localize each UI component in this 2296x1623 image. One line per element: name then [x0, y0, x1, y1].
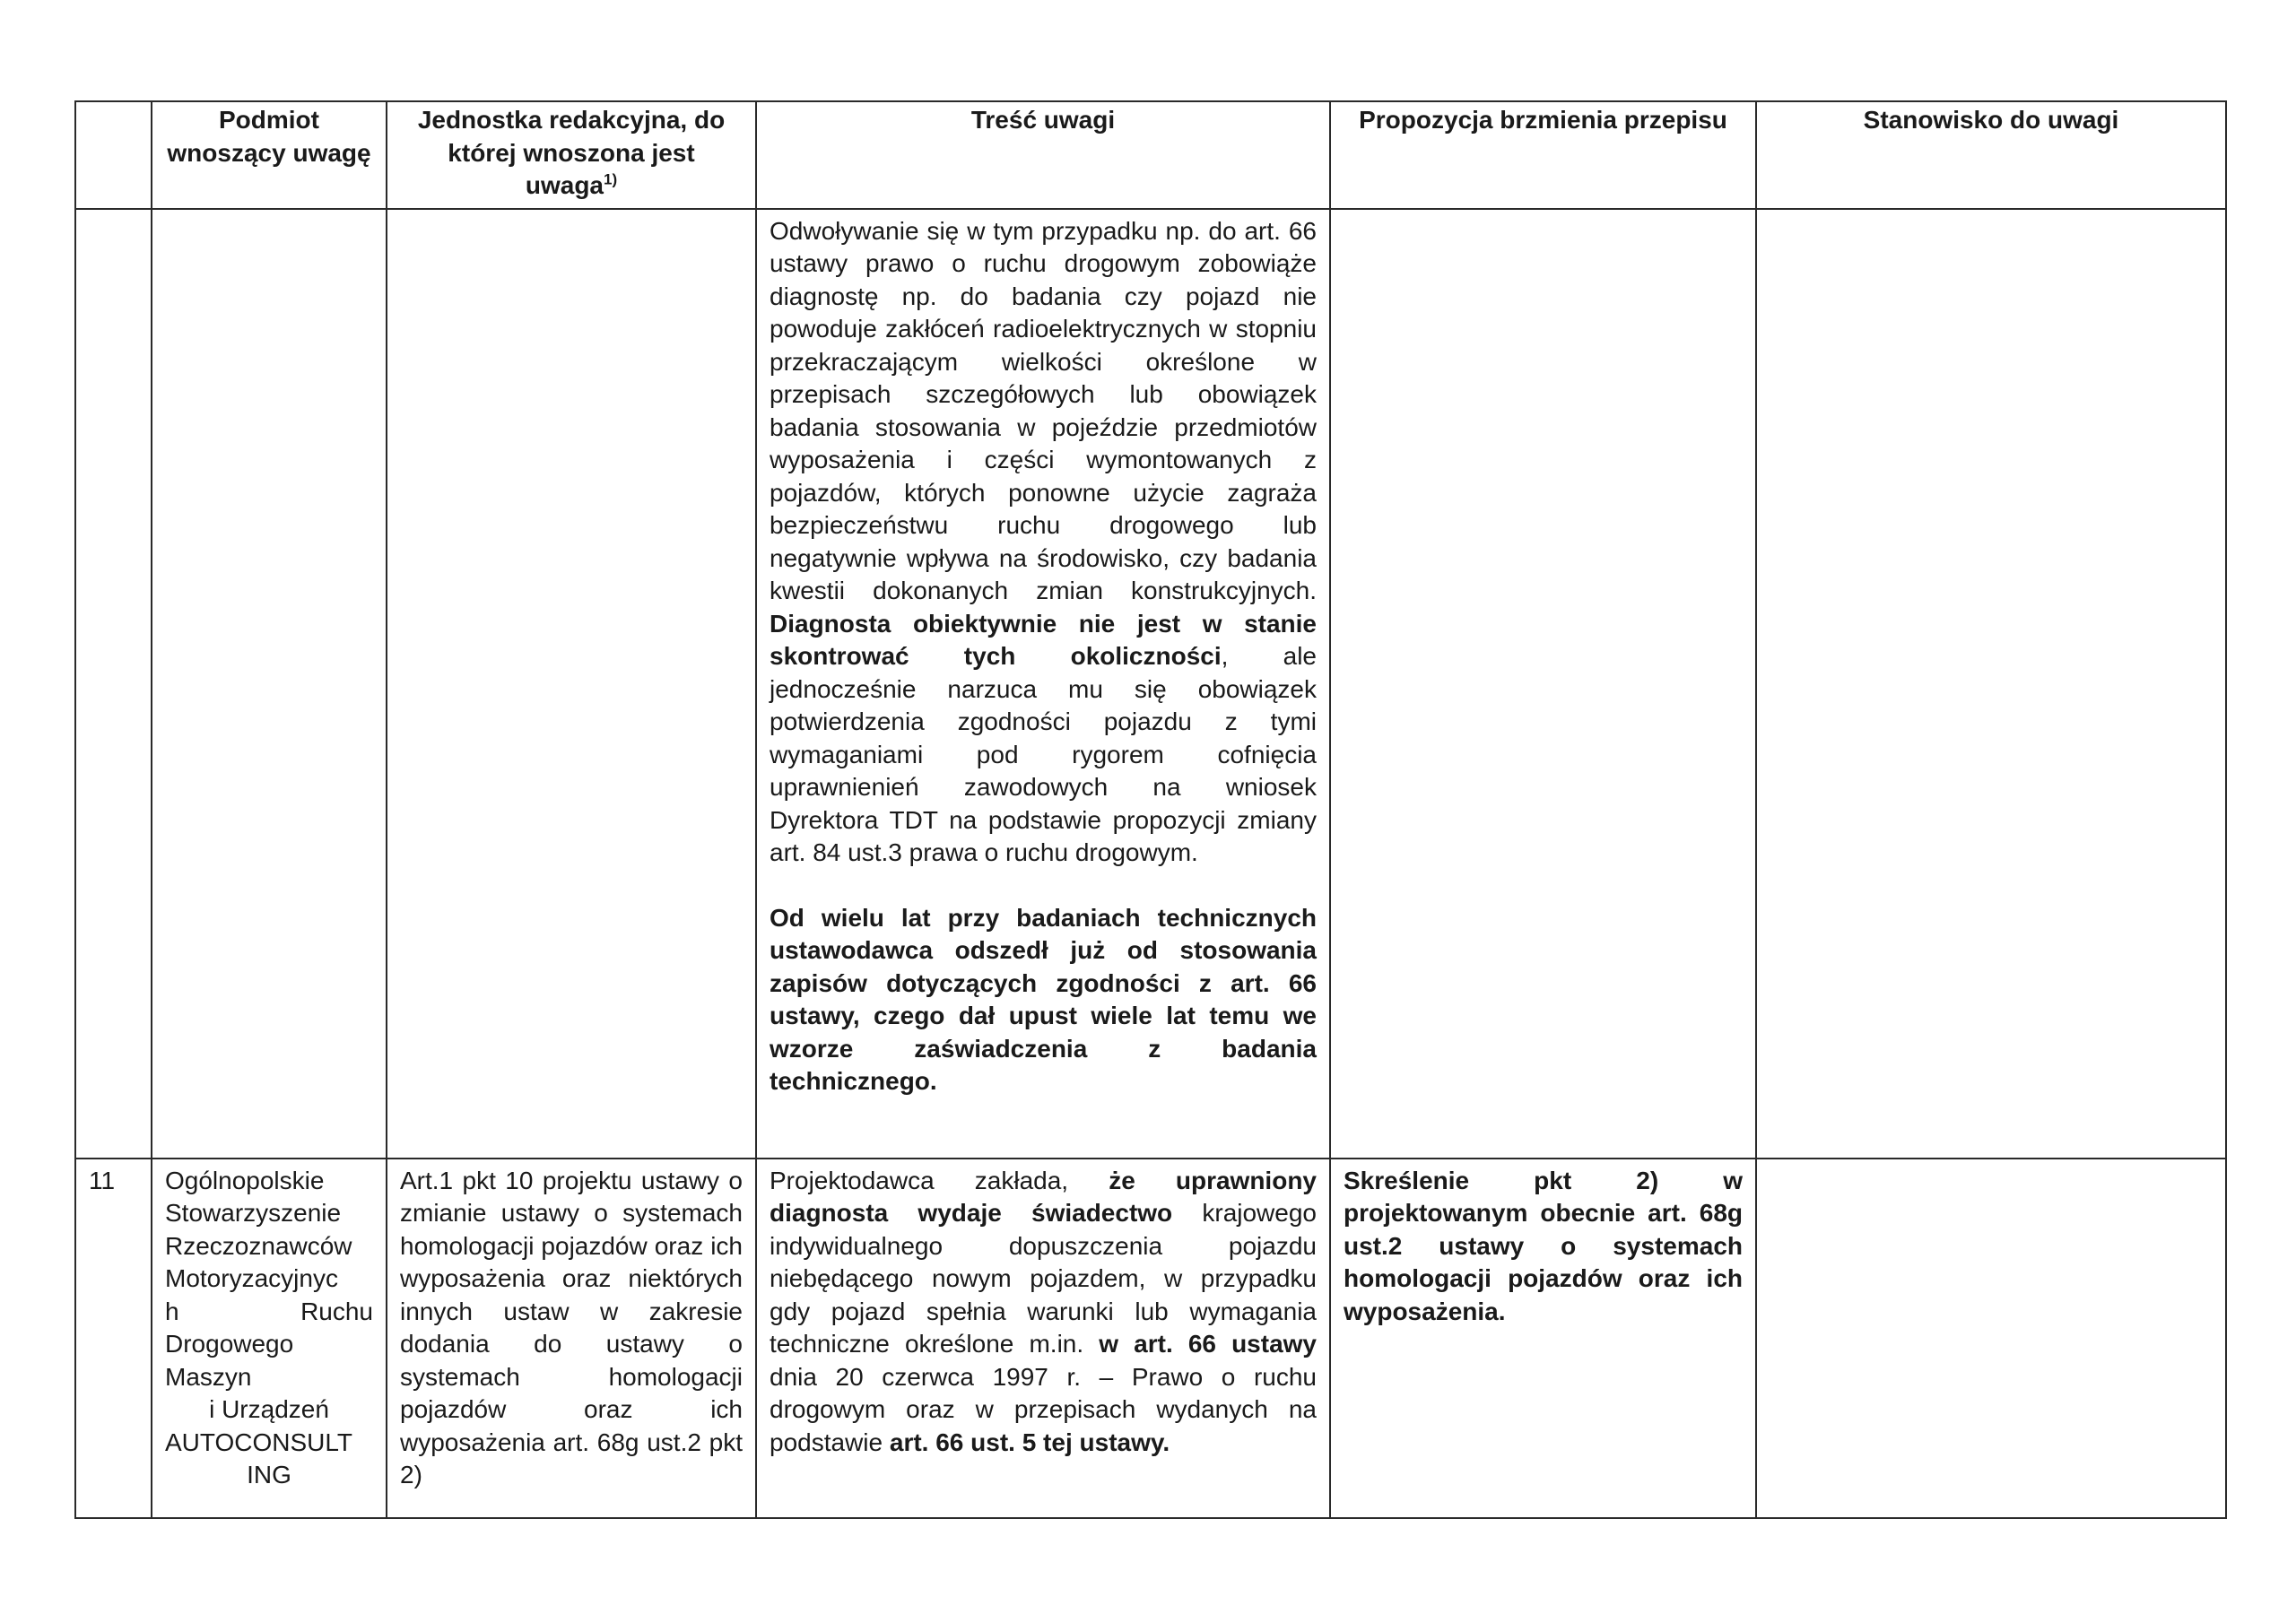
- header-position-label: Stanowisko do uwagi: [1864, 106, 2119, 134]
- content-text: , ale jednocześnie narzuca mu się obowią…: [770, 642, 1317, 866]
- subject-line: Rzeczoznawców: [165, 1230, 373, 1263]
- paragraph-spacer: [770, 870, 1317, 902]
- cell-proposal: [1330, 209, 1756, 1159]
- header-number: [75, 101, 152, 209]
- cell-unit: [387, 209, 756, 1159]
- header-content: Treść uwagi: [756, 101, 1330, 209]
- subject-line: ING: [165, 1459, 373, 1492]
- content-bold-text: w art. 66 ustawy: [1099, 1330, 1317, 1358]
- table-row: Odwoływanie się w tym przypadku np. do a…: [75, 209, 2226, 1159]
- cell-number: 11: [75, 1159, 152, 1518]
- header-proposal-label: Propozycja brzmienia przepisu: [1359, 106, 1727, 134]
- content-paragraph: Odwoływanie się w tym przypadku np. do a…: [770, 215, 1317, 870]
- cell-position: [1756, 1159, 2226, 1518]
- cell-content: Odwoływanie się w tym przypadku np. do a…: [756, 209, 1330, 1159]
- comments-table: Podmiot wnoszący uwagę Jednostka redakcy…: [74, 100, 2227, 1519]
- footnote-marker: 1): [604, 171, 617, 188]
- content-text: Projektodawca zakłada,: [770, 1167, 1109, 1194]
- subject-line: Stowarzyszenie: [165, 1197, 373, 1230]
- cell-unit: Art.1 pkt 10 projektu ustawy o zmianie u…: [387, 1159, 756, 1518]
- subject-line-part: Ruchu: [300, 1296, 373, 1329]
- subject-line: Maszyn: [165, 1361, 373, 1394]
- subject-line-part: h: [165, 1296, 179, 1329]
- cell-subject: Ogólnopolskie Stowarzyszenie Rzeczoznawc…: [152, 1159, 387, 1518]
- header-position: Stanowisko do uwagi: [1756, 101, 2226, 209]
- subject-line: Ogólnopolskie: [165, 1165, 373, 1198]
- header-subject: Podmiot wnoszący uwagę: [152, 101, 387, 209]
- cell-proposal: Skreślenie pkt 2) w projektowanym obecni…: [1330, 1159, 1756, 1518]
- content-text: Odwoływanie się w tym przypadku np. do a…: [770, 217, 1317, 605]
- subject-line: Motoryzacyjnyc: [165, 1263, 373, 1296]
- cell-subject: [152, 209, 387, 1159]
- table-header-row: Podmiot wnoszący uwagę Jednostka redakcy…: [75, 101, 2226, 209]
- header-content-label: Treść uwagi: [971, 106, 1115, 134]
- header-subject-label: Podmiot wnoszący uwagę: [167, 106, 370, 167]
- header-unit: Jednostka redakcyjna, do której wnoszona…: [387, 101, 756, 209]
- subject-line: hRuchu: [165, 1296, 373, 1329]
- cell-content: Projektodawca zakłada, że uprawniony dia…: [756, 1159, 1330, 1518]
- content-bold-text: art. 66 ust. 5 tej ustawy.: [890, 1428, 1170, 1456]
- header-proposal: Propozycja brzmienia przepisu: [1330, 101, 1756, 209]
- content-paragraph-bold: Od wielu lat przy badaniach technicznych…: [770, 902, 1317, 1098]
- table-row: 11 Ogólnopolskie Stowarzyszenie Rzeczozn…: [75, 1159, 2226, 1518]
- document-page: Podmiot wnoszący uwagę Jednostka redakcy…: [0, 0, 2296, 1623]
- header-unit-label: Jednostka redakcyjna, do której wnoszona…: [418, 106, 725, 199]
- subject-line: Drogowego: [165, 1328, 373, 1361]
- cell-position: [1756, 209, 2226, 1159]
- subject-line: AUTOCONSULT: [165, 1427, 373, 1460]
- subject-line: i Urządzeń: [165, 1393, 373, 1427]
- cell-number: [75, 209, 152, 1159]
